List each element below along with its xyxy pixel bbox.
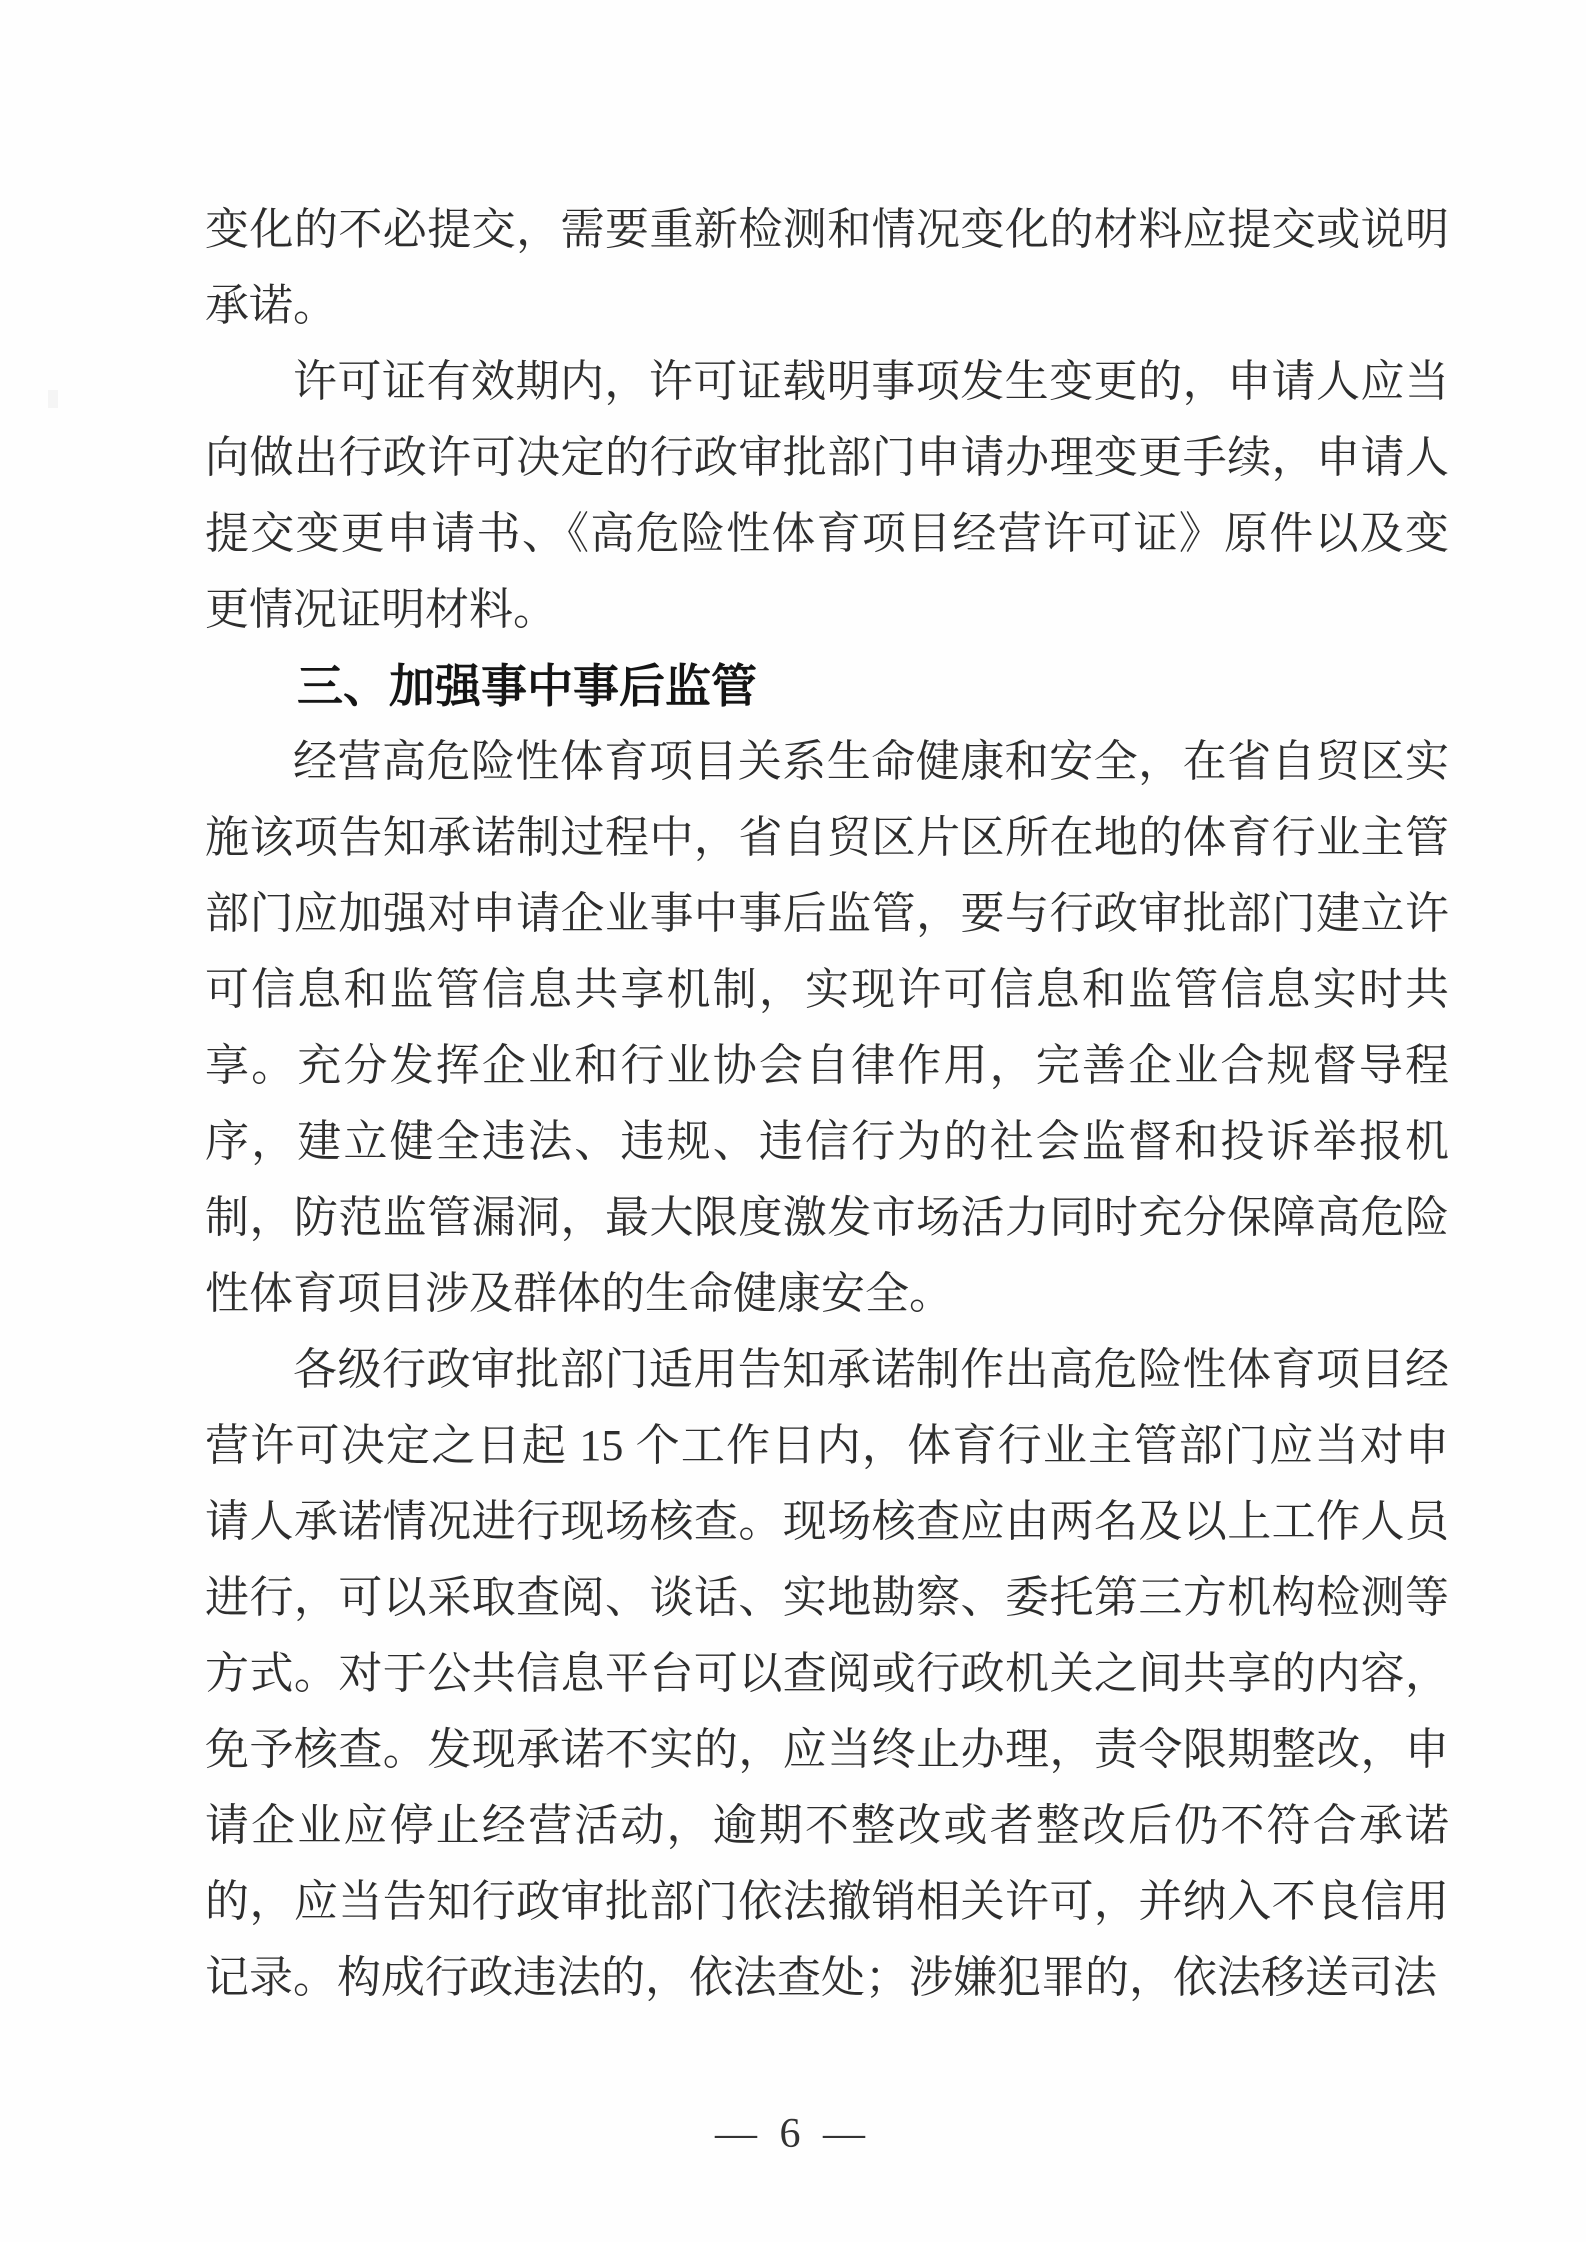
- page-number: — 6 —: [0, 2108, 1586, 2160]
- paragraph-continuation: 变化的不必提交，需要重新检测和情况变化的材料应提交或说明承诺。: [205, 192, 1449, 344]
- paragraph-license-changes: 许可证有效期内，许可证载明事项发生变更的，申请人应当向做出行政许可决定的行政审批…: [205, 344, 1449, 648]
- document-page: 变化的不必提交，需要重新检测和情况变化的材料应提交或说明承诺。 许可证有效期内，…: [0, 0, 1586, 2242]
- document-body: 变化的不必提交，需要重新检测和情况变化的材料应提交或说明承诺。 许可证有效期内，…: [205, 192, 1449, 2016]
- paragraph-onsite-verification: 各级行政审批部门适用告知承诺制作出高危险性体育项目经营许可决定之日起 15 个工…: [205, 1332, 1449, 2016]
- scan-artifact: [48, 390, 58, 408]
- paragraph-supervision: 经营高危险性体育项目关系生命健康和安全，在省自贸区实施该项告知承诺制过程中，省自…: [205, 724, 1449, 1332]
- section-heading-3: 三、加强事中事后监管: [205, 648, 1449, 724]
